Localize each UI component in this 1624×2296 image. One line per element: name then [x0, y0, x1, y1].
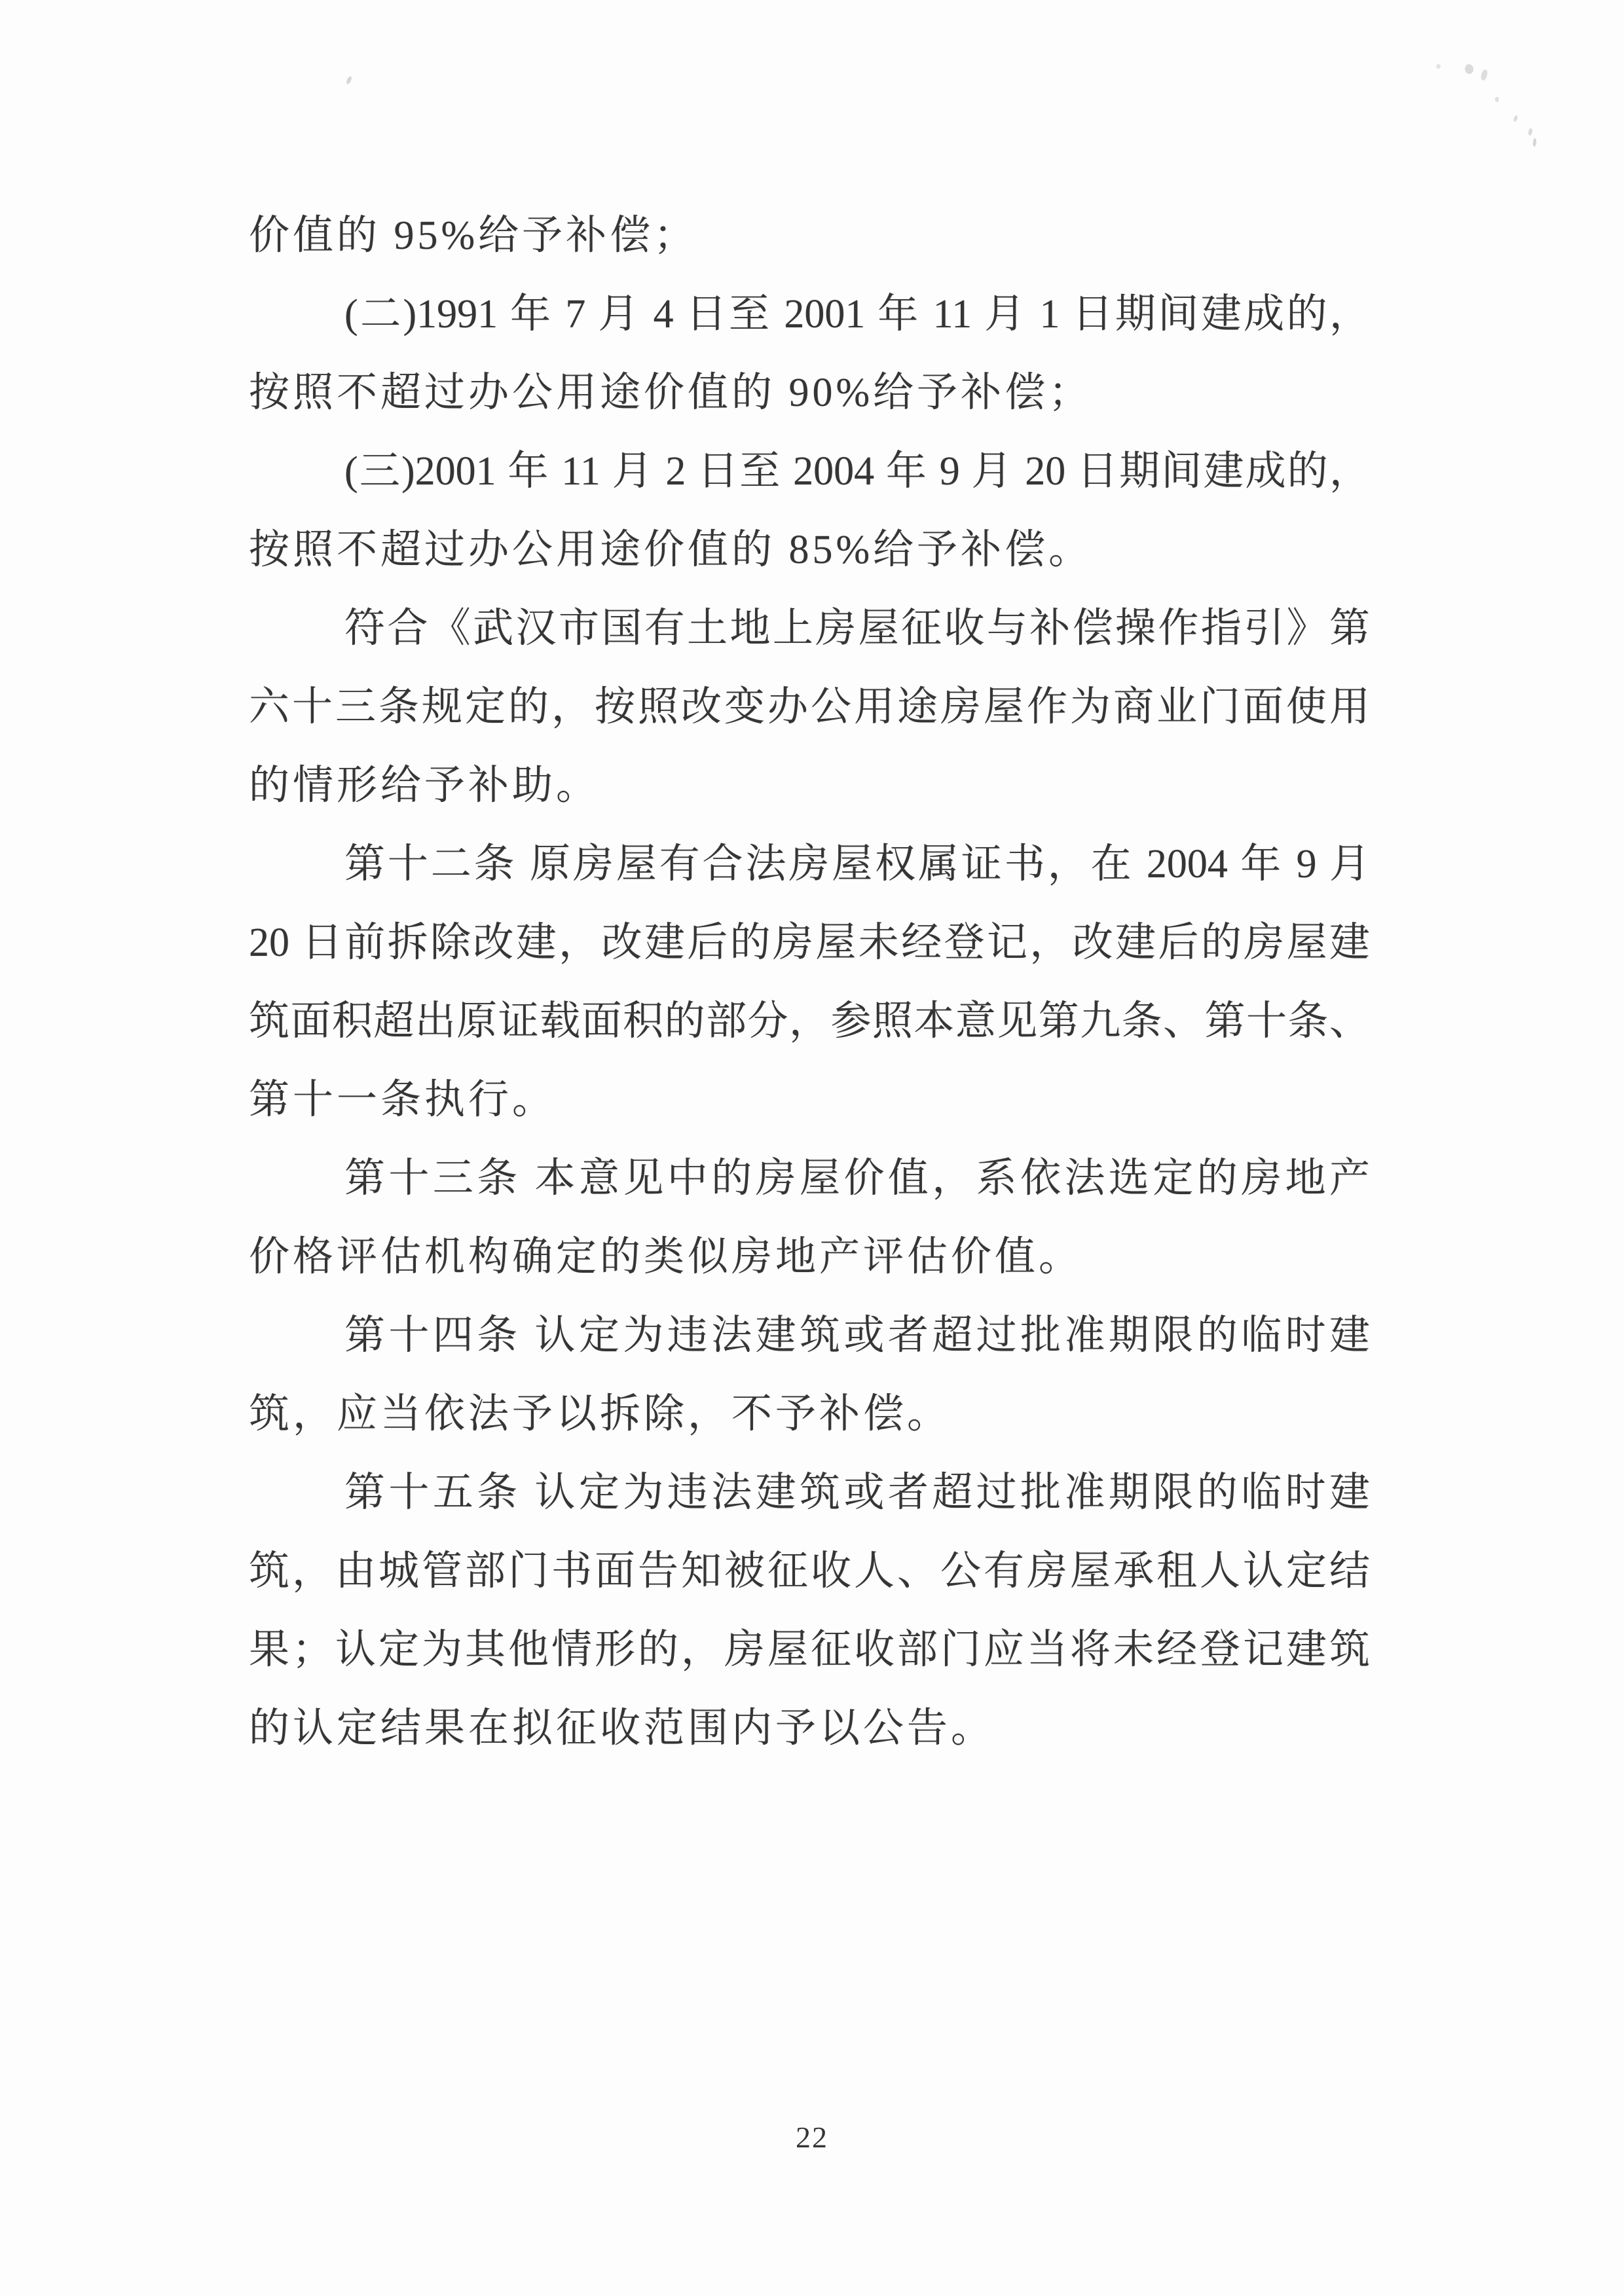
- text-line: (三)2001 年 11 月 2 日至 2004 年 9 月 20 日期间建成的…: [249, 432, 1370, 511]
- scan-speck: [1480, 69, 1488, 81]
- scan-speck: [1528, 128, 1533, 136]
- scan-speck: [1513, 115, 1518, 122]
- text-line: 按照不超过办公用途价值的 90%给予补偿；: [249, 354, 1370, 432]
- text-line: 第十一条执行。: [249, 1061, 1370, 1139]
- scan-speck: [1464, 64, 1474, 75]
- text-line: 第十五条 认定为违法建筑或者超过批准期限的临时建: [249, 1453, 1370, 1532]
- text-line: 第十三条 本意见中的房屋价值，系依法选定的房地产: [249, 1139, 1370, 1218]
- scan-speck: [346, 75, 353, 84]
- text-line: 的认定结果在拟征收范围内予以公告。: [249, 1689, 1370, 1768]
- text-line: 第十二条 原房屋有合法房屋权属证书，在 2004 年 9 月: [249, 825, 1370, 903]
- text-line: 价值的 95%给予补偿；: [249, 196, 1370, 275]
- document-body: 价值的 95%给予补偿； (二)1991 年 7 月 4 日至 2001 年 1…: [249, 196, 1370, 1768]
- text-line: 筑，应当依法予以拆除，不予补偿。: [249, 1375, 1370, 1453]
- text-line: 筑面积超出原证载面积的部分，参照本意见第九条、第十条、: [249, 982, 1370, 1061]
- scan-speck: [1532, 138, 1536, 147]
- text-line: 20 日前拆除改建，改建后的房屋未经登记，改建后的房屋建: [249, 903, 1370, 982]
- scan-speck: [1495, 97, 1499, 102]
- text-line: 按照不超过办公用途价值的 85%给予补偿。: [249, 511, 1370, 589]
- document-page: 价值的 95%给予补偿； (二)1991 年 7 月 4 日至 2001 年 1…: [0, 0, 1624, 2296]
- text-line: 第十四条 认定为违法建筑或者超过批准期限的临时建: [249, 1296, 1370, 1375]
- text-line: 符合《武汉市国有土地上房屋征收与补偿操作指引》第: [249, 589, 1370, 668]
- text-line: 果；认定为其他情形的，房屋征收部门应当将未经登记建筑: [249, 1611, 1370, 1689]
- page-number: 22: [0, 2120, 1624, 2155]
- text-line: 筑，由城管部门书面告知被征收人、公有房屋承租人认定结: [249, 1532, 1370, 1611]
- text-line: 的情形给予补助。: [249, 746, 1370, 825]
- text-line: (二)1991 年 7 月 4 日至 2001 年 11 月 1 日期间建成的，: [249, 275, 1370, 354]
- scan-speck: [1436, 64, 1441, 69]
- text-line: 六十三条规定的，按照改变办公用途房屋作为商业门面使用: [249, 668, 1370, 746]
- text-line: 价格评估机构确定的类似房地产评估价值。: [249, 1218, 1370, 1296]
